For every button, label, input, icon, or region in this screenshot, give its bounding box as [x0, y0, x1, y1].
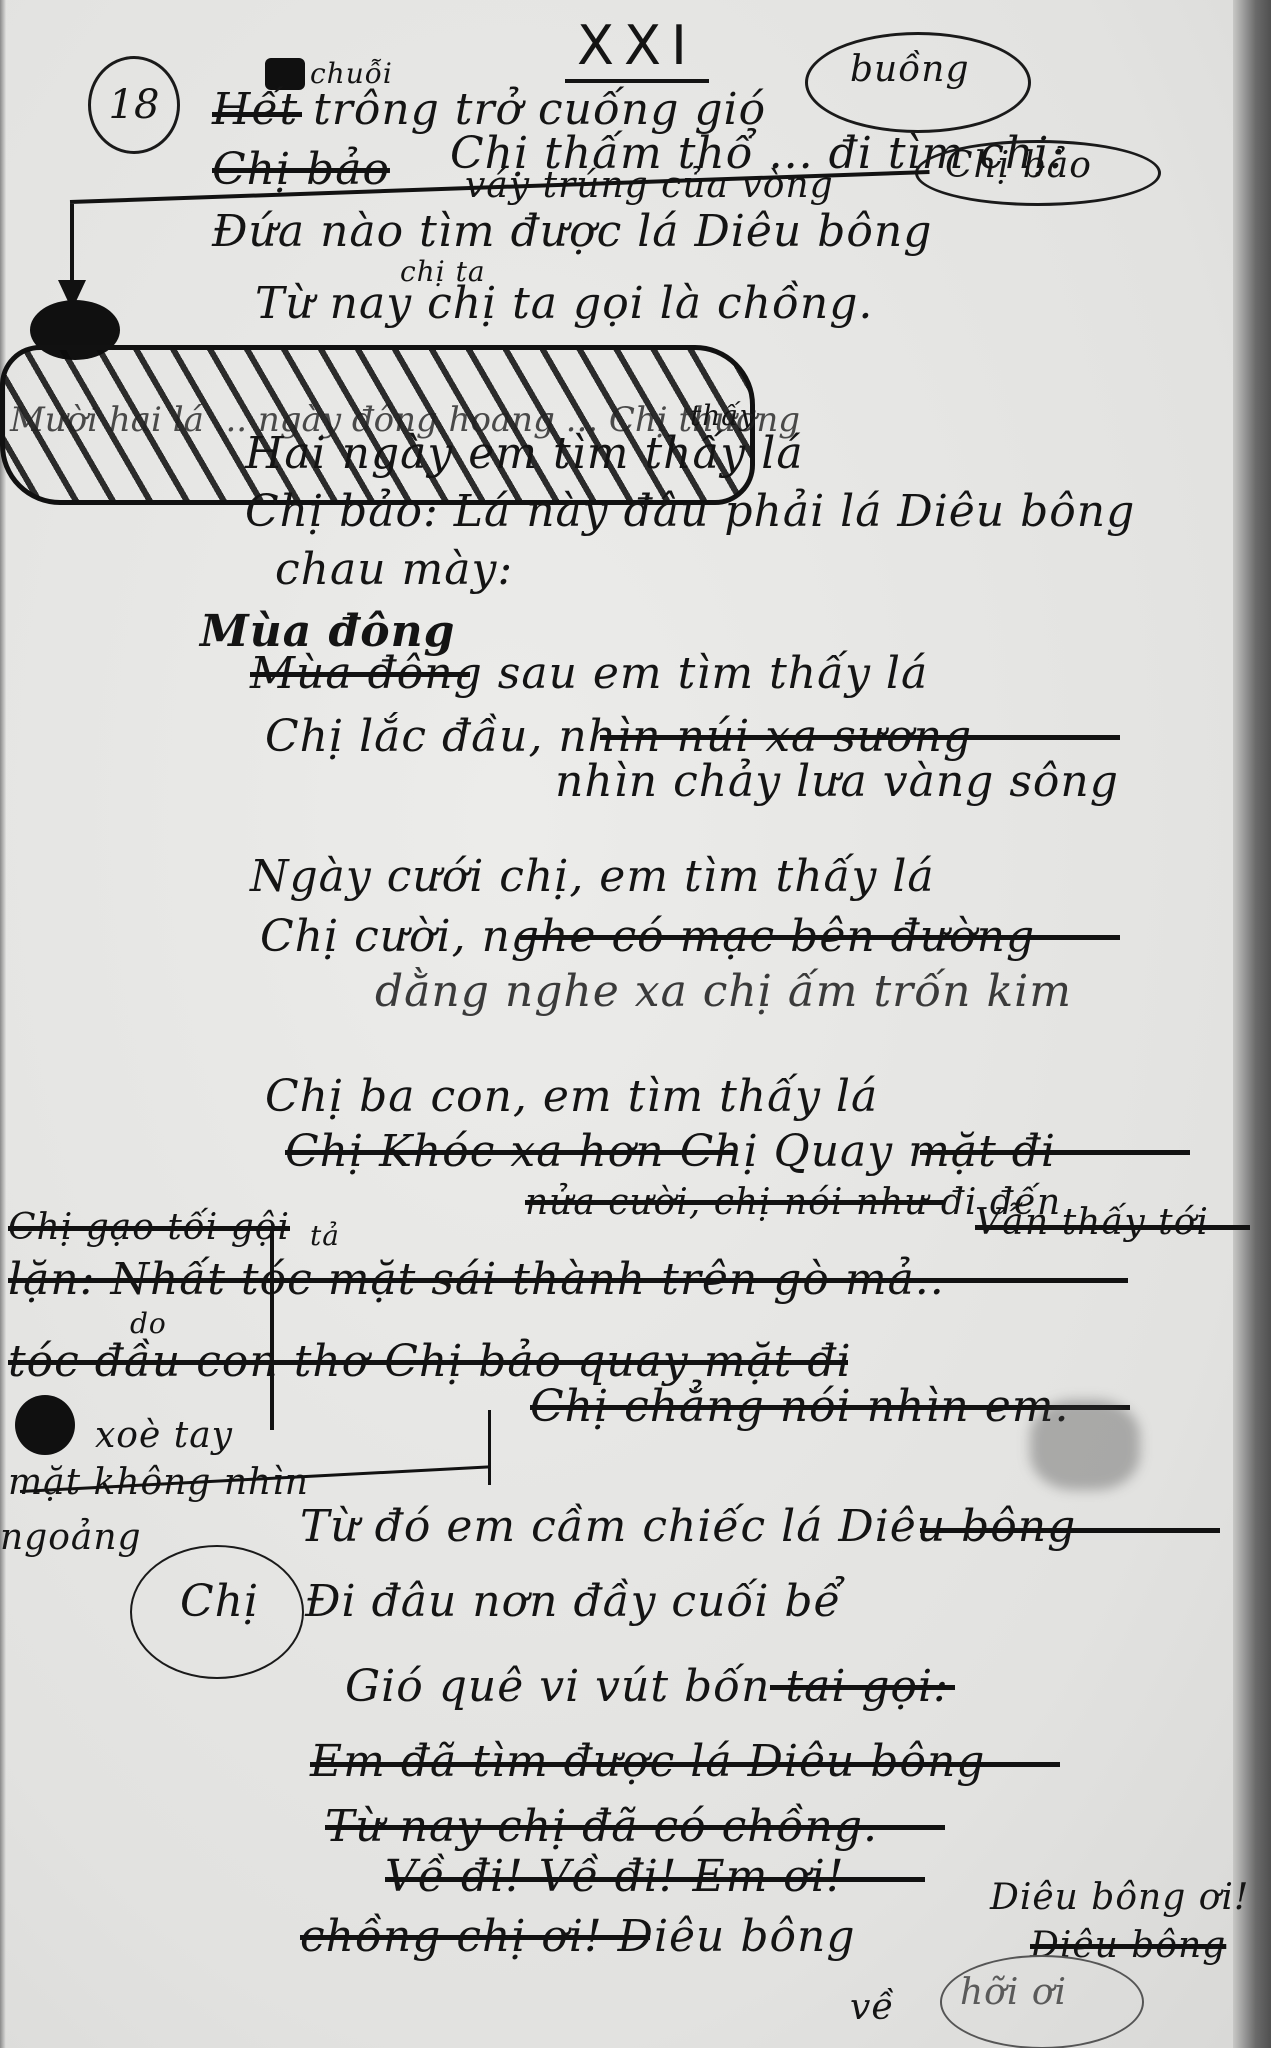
page-number: 18	[109, 82, 160, 128]
strike-mark	[920, 1150, 1190, 1155]
margin-ngoang: ngoảng	[0, 1520, 142, 1556]
strike-mark	[520, 935, 1120, 940]
strike-mark	[285, 1150, 735, 1155]
line-14: Chị ba con, em tìm thấy lá	[265, 1075, 878, 1119]
strike-mark	[212, 112, 302, 117]
line-1: Hết trông trở cuống gió	[212, 88, 766, 132]
circled-annotation-buong: buồng	[850, 52, 970, 88]
line-4: Từ nay chị ta gọi là chồng.	[255, 282, 873, 326]
line-3: Đứa nào tìm được lá Diêu bông	[212, 210, 932, 254]
manuscript-page: 18 XXI buồng chuỗi Hết trông trở cuống g…	[0, 0, 1271, 2048]
line-10: nhìn chảy lưa vàng sông	[555, 760, 1119, 804]
strike-mark	[300, 1935, 650, 1940]
ink-smudge	[1030, 1400, 1140, 1490]
strike-mark	[310, 1762, 1060, 1767]
bottom-ve: về	[850, 1990, 895, 2026]
insertion-stem	[270, 1230, 274, 1430]
margin-insert-ta: tả	[310, 1222, 340, 1250]
circled-chi: Chị	[180, 1580, 259, 1624]
strike-mark	[8, 1360, 848, 1365]
insert-thay: thấy	[690, 402, 756, 430]
margin-struck-1: Chị gạo tối gội	[8, 1210, 290, 1246]
line-7: chau mày:	[275, 548, 513, 592]
line-13: dằng nghe xa chị ấm trốn kim	[375, 970, 1072, 1014]
line-2-struck-chi-bao: Chị bảo	[212, 148, 390, 192]
strike-mark	[600, 735, 1120, 740]
poem-section-title: XXI	[565, 14, 709, 83]
line-17: Vẫn thấy tới	[975, 1205, 1209, 1241]
paper-left-edge	[0, 0, 6, 2048]
circled-hoi-oi-oval	[940, 1955, 1144, 2048]
bottom-right-insert: Diêu bông ơi!	[990, 1880, 1249, 1916]
insert-chi-bao: Chị bảo	[945, 148, 1092, 184]
margin-insert-do: do	[130, 1310, 167, 1338]
strike-mark	[525, 1200, 945, 1205]
strike-mark	[920, 1528, 1220, 1533]
strike-mark	[530, 1405, 1130, 1410]
line-11: Ngày cưới chị, em tìm thấy lá	[250, 855, 935, 899]
margin-xoe-tay: xoè tay	[95, 1418, 233, 1454]
strike-mark	[385, 1877, 925, 1882]
strike-mark	[250, 672, 470, 677]
strike-mark	[8, 1278, 1128, 1283]
page-number-circle: 18	[88, 56, 180, 154]
connector-line	[488, 1410, 491, 1485]
strike-mark	[770, 1685, 955, 1690]
strike-mark	[975, 1225, 1250, 1230]
ink-blot-circle	[15, 1395, 75, 1455]
paper-right-shadow	[1233, 0, 1271, 2048]
line-21: Từ đó em cầm chiếc lá Diêu bông	[300, 1505, 1076, 1549]
line-22: Đi đâu nơn đầy cuối bể	[305, 1580, 842, 1624]
strike-mark	[325, 1825, 945, 1830]
line-5: Hai ngày em tìm thấy lá	[245, 432, 804, 476]
line-6: Chị bảo: Lá này đâu phải lá Diêu bông	[245, 490, 1135, 534]
